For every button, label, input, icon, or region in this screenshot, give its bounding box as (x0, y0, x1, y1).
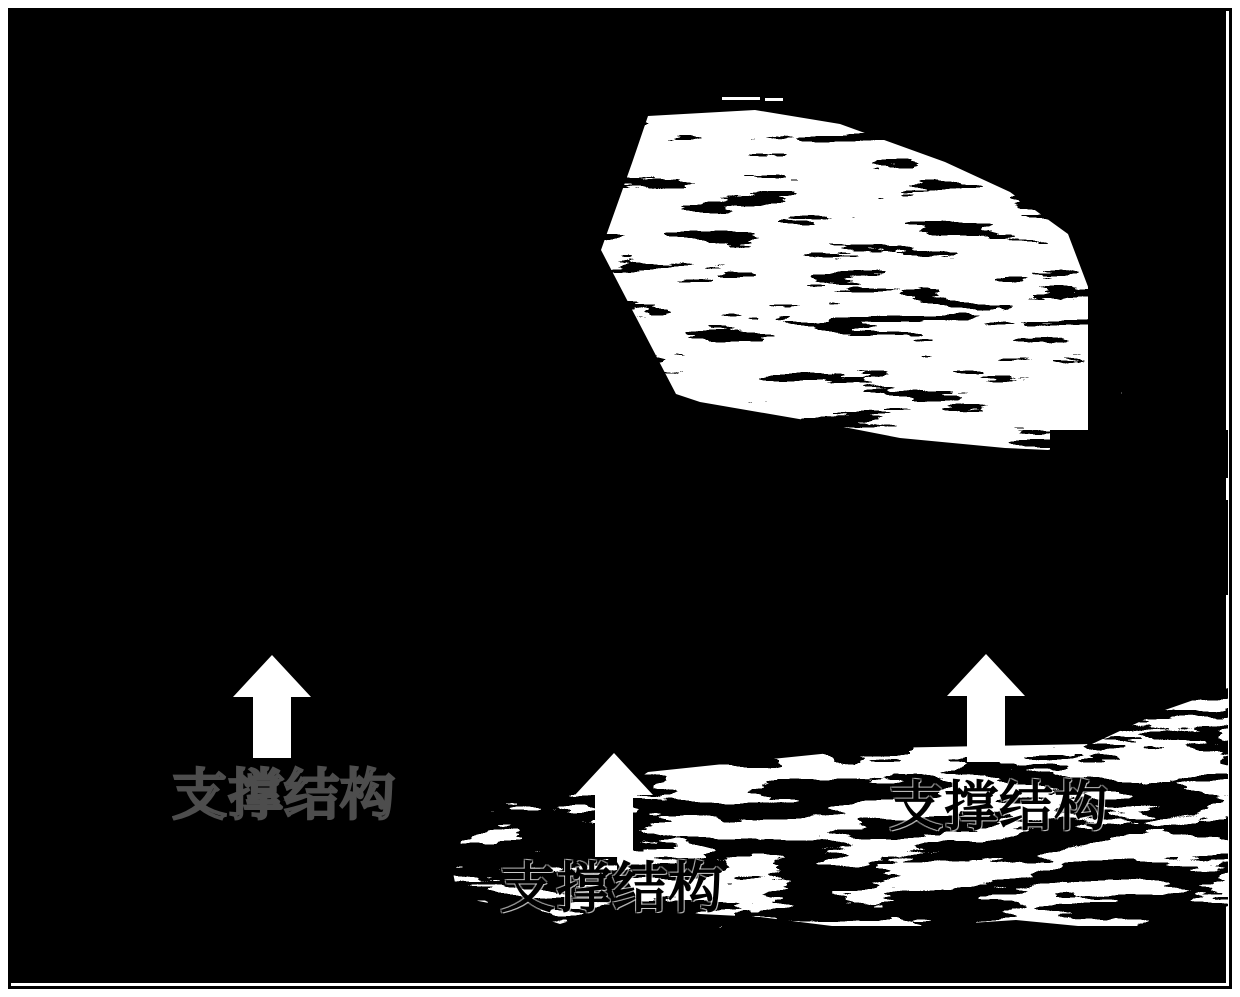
patent-figure: 支撑结构 支撑结构 支撑结构 (0, 0, 1240, 997)
figure-frame (8, 8, 1232, 989)
